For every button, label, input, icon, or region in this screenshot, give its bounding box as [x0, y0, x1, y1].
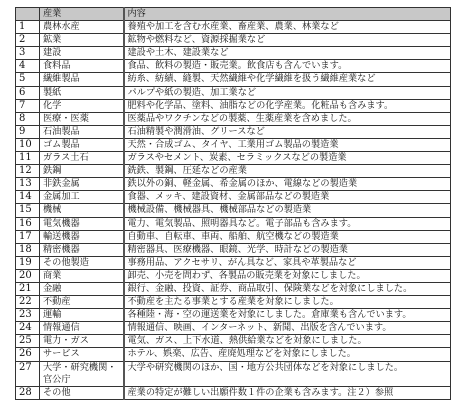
- content-cell: 石油精製や潤滑油、グリースなど: [124, 125, 451, 138]
- row-number: 3: [16, 47, 40, 60]
- content-cell: ホテル、娯楽、広告、産廃処理などを対象にしました。: [124, 348, 451, 361]
- table-row: 14金属加工食器、メッキ、建設資材、金属部品などの製造業: [16, 191, 451, 204]
- row-number: 2: [16, 34, 40, 47]
- industry-cell: 金融: [40, 282, 124, 295]
- table-row: 13非鉄金属鉄以外の銅、軽金属、希金属のほか、電線などの製造業: [16, 178, 451, 191]
- industry-cell: その他: [40, 386, 124, 399]
- row-number: 25: [16, 335, 40, 348]
- industry-cell: 電気機器: [40, 217, 124, 230]
- row-number: 14: [16, 191, 40, 204]
- industry-cell: 輸送機器: [40, 230, 124, 243]
- row-number: 15: [16, 204, 40, 217]
- industry-cell: 精密機器: [40, 243, 124, 256]
- industry-cell: ガラス土石: [40, 152, 124, 165]
- industry-cell: 化学: [40, 99, 124, 112]
- industry-cell: その他製造: [40, 256, 124, 269]
- content-cell: 事務用品、アクセサリ、がん具など、家具や革製品など: [124, 256, 451, 269]
- industry-cell: 医療・医薬: [40, 112, 124, 125]
- row-number: 21: [16, 282, 40, 295]
- row-number: 28: [16, 386, 40, 399]
- table-row: 3建設建設や土木、建設業など: [16, 47, 451, 60]
- content-cell: 各種陸・海・空の運送業を対象にしました。倉庫業も含んでいます。: [124, 309, 451, 322]
- row-number: 17: [16, 230, 40, 243]
- content-cell: 精密器具、医療機器、眼鏡、光学、時計などの製造業: [124, 243, 451, 256]
- table-row: 7化学肥料や化学品、塗料、油脂などの化学産業。化粧品も含みます。: [16, 99, 451, 112]
- table-row: 20商業卸売、小売を問わず、各製品の販売業を対象にしました。: [16, 269, 451, 282]
- industry-cell: 金属加工: [40, 191, 124, 204]
- row-number: 4: [16, 60, 40, 73]
- industry-cell: 製紙: [40, 86, 124, 99]
- row-number: 11: [16, 152, 40, 165]
- table-row: 15機械機械設備、機械器具、機械部品などの製造業: [16, 204, 451, 217]
- table-row: 4食料品食品、飲料の製造・販売業。飲食店も含んでいます。: [16, 60, 451, 73]
- content-cell: 大学や研究機関のほか、国・地方公共団体などを対象にしました。: [124, 361, 451, 386]
- content-cell: ガラスやセメント、炭素、セラミックスなどの製造業: [124, 152, 451, 165]
- row-number: 5: [16, 73, 40, 86]
- row-number: 27: [16, 361, 40, 386]
- content-cell: 自動車、自転車、車両、船舶、航空機などの製造業: [124, 230, 451, 243]
- content-cell: 卸売、小売を問わず、各製品の販売業を対象にしました。: [124, 269, 451, 282]
- industry-cell: 非鉄金属: [40, 178, 124, 191]
- table-row: 10ゴム製品天然・合成ゴム、タイヤ、工業用ゴム製品の製造業: [16, 138, 451, 151]
- table-row: 26サービスホテル、娯楽、広告、産廃処理などを対象にしました。: [16, 348, 451, 361]
- content-cell: 鉱物や燃料など、資源採掘業など: [124, 34, 451, 47]
- industry-cell: 石油製品: [40, 125, 124, 138]
- industry-table: 産業 内容 1農林水産養殖や加工を含む水産業、畜産業、農業、林業など2鉱業鉱物や…: [15, 7, 451, 400]
- row-number: 12: [16, 165, 40, 178]
- industry-cell: 電力・ガス: [40, 335, 124, 348]
- content-cell: 食器、メッキ、建設資材、金属部品などの製造業: [124, 191, 451, 204]
- content-cell: 銑鉄、製鋼、圧延などの産業: [124, 165, 451, 178]
- row-number: 22: [16, 296, 40, 309]
- industry-cell: 運輸: [40, 309, 124, 322]
- row-number: 10: [16, 138, 40, 151]
- table-row: 17輸送機器自動車、自転車、車両、船舶、航空機などの製造業: [16, 230, 451, 243]
- row-number: 26: [16, 348, 40, 361]
- table-row: 1農林水産養殖や加工を含む水産業、畜産業、農業、林業など: [16, 21, 451, 34]
- row-number: 9: [16, 125, 40, 138]
- table-row: 6製紙パルプや紙の製造、加工業など: [16, 86, 451, 99]
- row-number: 18: [16, 243, 40, 256]
- industry-cell: 繊維製品: [40, 73, 124, 86]
- table-row: 27大学・研究機関・官公庁大学や研究機関のほか、国・地方公共団体などを対象にしま…: [16, 361, 451, 386]
- content-cell: 不動産を主たる事業とする産業を対象にしました。: [124, 296, 451, 309]
- industry-cell: 商業: [40, 269, 124, 282]
- content-cell: 天然・合成ゴム、タイヤ、工業用ゴム製品の製造業: [124, 138, 451, 151]
- industry-cell: 農林水産: [40, 21, 124, 34]
- content-cell: 機械設備、機械器具、機械部品などの製造業: [124, 204, 451, 217]
- table-row: 2鉱業鉱物や燃料など、資源採掘業など: [16, 34, 451, 47]
- industry-cell: 機械: [40, 204, 124, 217]
- header-row: 産業 内容: [16, 8, 451, 21]
- header-content: 内容: [124, 8, 451, 21]
- content-cell: 産業の特定が難しい出願件数１件の企業も含みます。注２）参照: [124, 386, 451, 399]
- content-cell: 銀行、金融、投資、証券、商品取引、保険業などを対象にしました。: [124, 282, 451, 295]
- table-row: 11ガラス土石ガラスやセメント、炭素、セラミックスなどの製造業: [16, 152, 451, 165]
- row-number: 19: [16, 256, 40, 269]
- table-row: 25電力・ガス電気、ガス、上下水道、熱供給業などを対象にしました。: [16, 335, 451, 348]
- table-row: 22不動産不動産を主たる事業とする産業を対象にしました。: [16, 296, 451, 309]
- content-cell: 紡糸、紡績、縫製、天然繊維や化学繊維を扱う繊維産業など: [124, 73, 451, 86]
- table-row: 24情報通信情報通信、映画、インターネット、新聞、出版を含んでいます。: [16, 322, 451, 335]
- content-cell: 肥料や化学品、塗料、油脂などの化学産業。化粧品も含みます。: [124, 99, 451, 112]
- table-row: 16電気機器電力、電気製品、照明器具など。電子部品も含みます。: [16, 217, 451, 230]
- content-cell: 養殖や加工を含む水産業、畜産業、農業、林業など: [124, 21, 451, 34]
- table-row: 28その他産業の特定が難しい出願件数１件の企業も含みます。注２）参照: [16, 386, 451, 399]
- content-cell: 電力、電気製品、照明器具など。電子部品も含みます。: [124, 217, 451, 230]
- table-row: 19その他製造事務用品、アクセサリ、がん具など、家具や革製品など: [16, 256, 451, 269]
- industry-cell: 鉄鋼: [40, 165, 124, 178]
- content-cell: パルプや紙の製造、加工業など: [124, 86, 451, 99]
- table-body: 1農林水産養殖や加工を含む水産業、畜産業、農業、林業など2鉱業鉱物や燃料など、資…: [16, 21, 451, 400]
- row-number: 13: [16, 178, 40, 191]
- industry-cell: 情報通信: [40, 322, 124, 335]
- table-row: 5繊維製品紡糸、紡績、縫製、天然繊維や化学繊維を扱う繊維産業など: [16, 73, 451, 86]
- table-row: 23運輸各種陸・海・空の運送業を対象にしました。倉庫業も含んでいます。: [16, 309, 451, 322]
- industry-cell: 鉱業: [40, 34, 124, 47]
- table-row: 21金融銀行、金融、投資、証券、商品取引、保険業などを対象にしました。: [16, 282, 451, 295]
- industry-cell: 食料品: [40, 60, 124, 73]
- row-number: 8: [16, 112, 40, 125]
- header-number: [16, 8, 40, 21]
- table-row: 9石油製品石油精製や潤滑油、グリースなど: [16, 125, 451, 138]
- content-cell: 電気、ガス、上下水道、熱供給業などを対象にしました。: [124, 335, 451, 348]
- row-number: 23: [16, 309, 40, 322]
- industry-cell: ゴム製品: [40, 138, 124, 151]
- row-number: 6: [16, 86, 40, 99]
- row-number: 24: [16, 322, 40, 335]
- industry-cell: 不動産: [40, 296, 124, 309]
- row-number: 1: [16, 21, 40, 34]
- row-number: 16: [16, 217, 40, 230]
- table-row: 18精密機器精密器具、医療機器、眼鏡、光学、時計などの製造業: [16, 243, 451, 256]
- content-cell: 建設や土木、建設業など: [124, 47, 451, 60]
- row-number: 20: [16, 269, 40, 282]
- table-row: 8医療・医薬医薬品やワクチンなどの製薬、生薬産業を含めました。: [16, 112, 451, 125]
- content-cell: 鉄以外の銅、軽金属、希金属のほか、電線などの製造業: [124, 178, 451, 191]
- industry-cell: 建設: [40, 47, 124, 60]
- content-cell: 食品、飲料の製造・販売業。飲食店も含んでいます。: [124, 60, 451, 73]
- content-cell: 医薬品やワクチンなどの製薬、生薬産業を含めました。: [124, 112, 451, 125]
- row-number: 7: [16, 99, 40, 112]
- table-row: 12鉄鋼銑鉄、製鋼、圧延などの産業: [16, 165, 451, 178]
- header-industry: 産業: [40, 8, 124, 21]
- content-cell: 情報通信、映画、インターネット、新聞、出版を含んでいます。: [124, 322, 451, 335]
- industry-cell: 大学・研究機関・官公庁: [40, 361, 124, 386]
- industry-cell: サービス: [40, 348, 124, 361]
